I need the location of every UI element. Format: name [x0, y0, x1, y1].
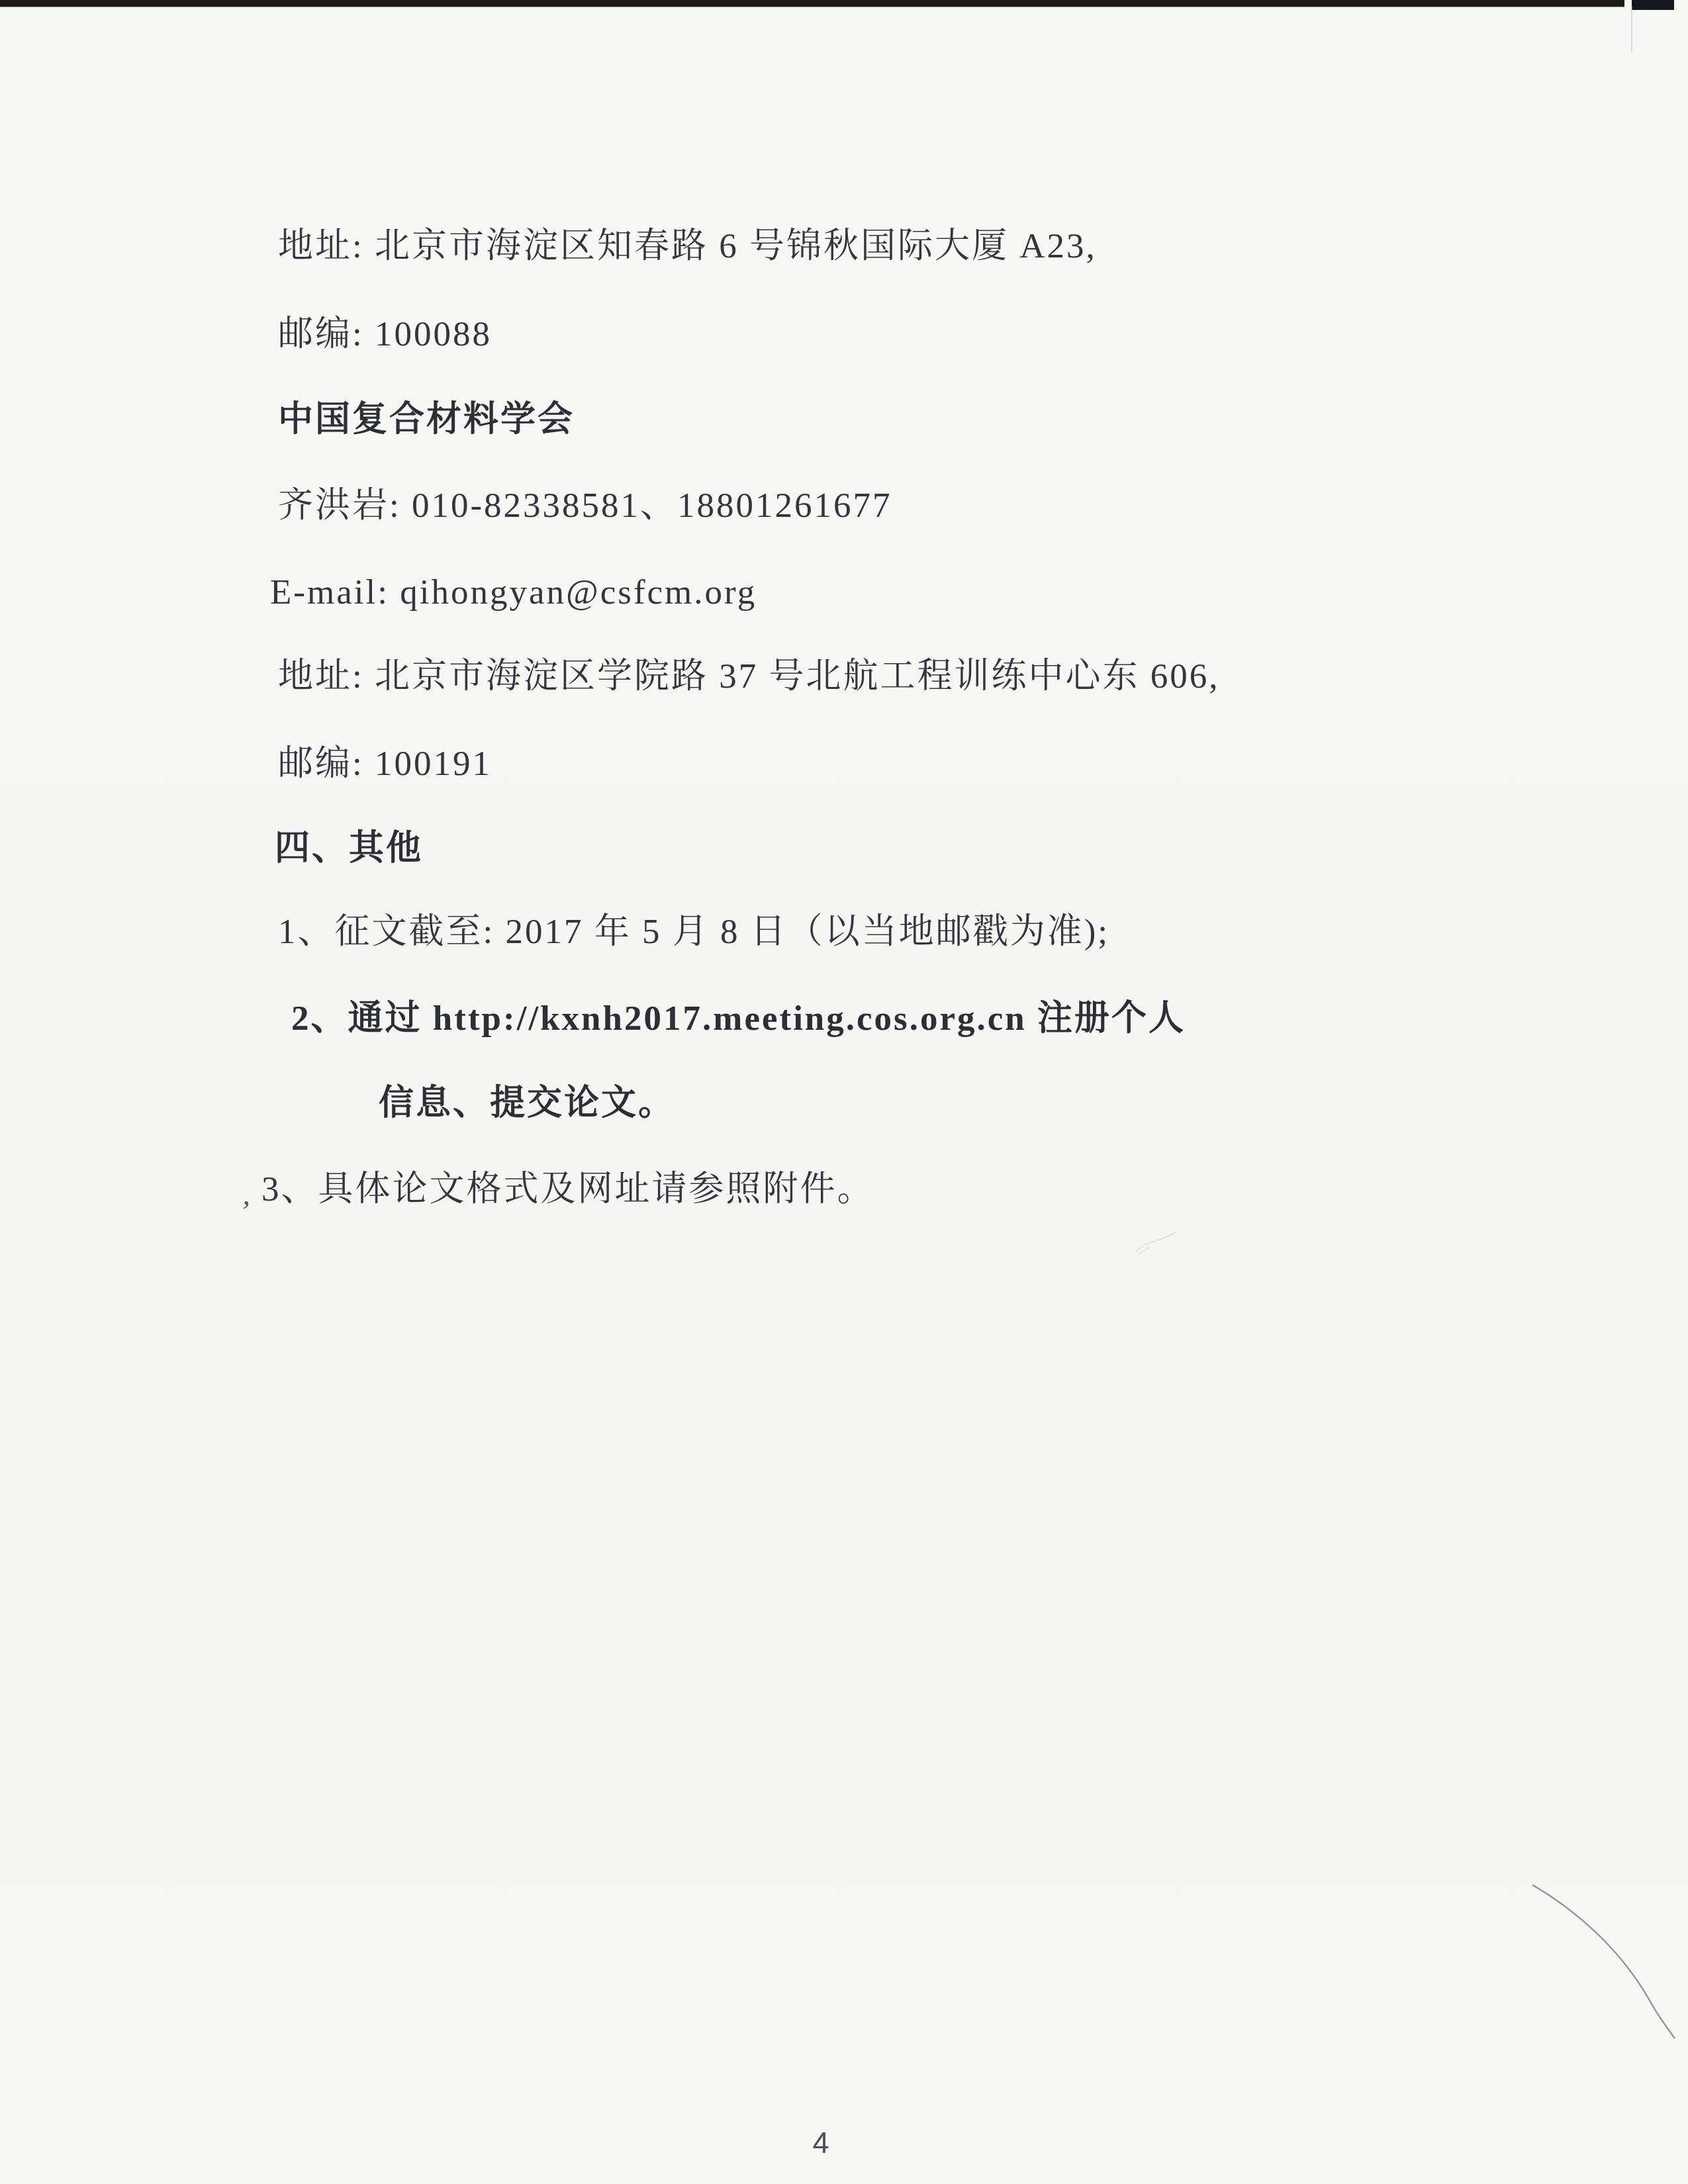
scan-top-edge-bar-right	[1632, 0, 1674, 10]
postcode-line-2: 邮编: 100191	[278, 741, 492, 787]
list-item-3-format: 3、具体论文格式及网址请参照附件。	[261, 1166, 874, 1212]
list-item-2-url: 2、通过 http://kxnh2017.meeting.cos.org.cn …	[291, 995, 1186, 1042]
postcode-line-1: 邮编: 100088	[278, 311, 492, 357]
scan-curved-hairline	[0, 0, 1688, 2184]
contact-phone-line: 齐洪岩: 010-82338581、18801261677	[278, 482, 892, 529]
address-line-1: 地址: 北京市海淀区知春路 6 号锦秋国际大厦 A23,	[278, 223, 1097, 269]
section-heading-other: 四、其他	[275, 825, 423, 872]
scanned-document-page: 地址: 北京市海淀区知春路 6 号锦秋国际大厦 A23, 邮编: 100088 …	[0, 0, 1688, 2184]
organization-name: 中国复合材料学会	[278, 396, 575, 443]
scan-vertical-line-artifact	[1631, 7, 1632, 52]
address-line-2: 地址: 北京市海淀区学院路 37 号北航工程训练中心东 606,	[278, 653, 1219, 700]
scan-smudge-artifact	[1133, 1226, 1180, 1256]
list-item-2-continued: 信息、提交论文。	[379, 1080, 675, 1126]
scan-top-edge-bar	[0, 0, 1624, 7]
list-item-1-deadline: 1、征文截至: 2017 年 5 月 8 日（以当地邮戳为准);	[278, 909, 1109, 955]
scan-comma-mark: ,	[242, 1177, 253, 1212]
email-line: E-mail: qihongyan@csfcm.org	[270, 569, 757, 615]
page-number: 4	[798, 2126, 844, 2160]
